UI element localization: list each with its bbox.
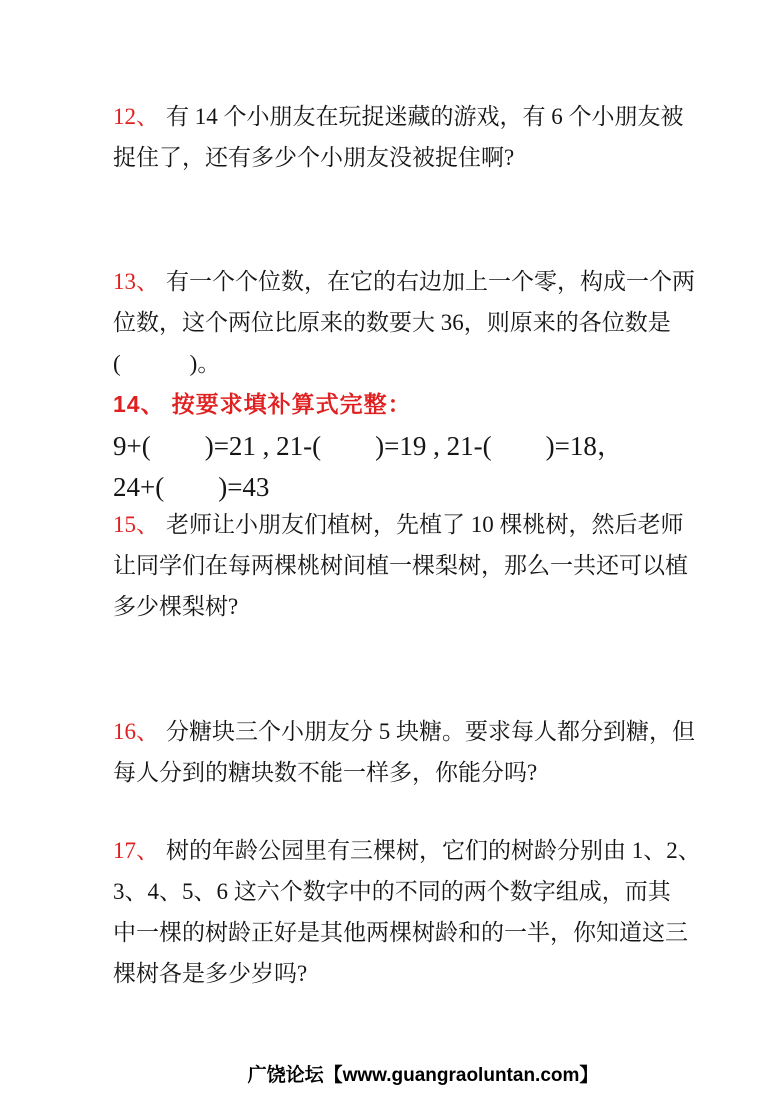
problem-line: 位数，这个两位比原来的数要大 36，则原来的各位数是 (113, 302, 760, 343)
problem-line: 3、4、5、6 这六个数字中的不同的两个数字组成，而其 (113, 871, 760, 912)
problem-line: 让同学们在每两棵桃树间植一棵梨树，那么一共还可以植 (113, 545, 760, 586)
problem-number: 14、 (113, 391, 165, 417)
problem-15: 15、老师让小朋友们植树，先植了 10 棵桃树，然后老师 让同学们在每两棵桃树间… (113, 504, 760, 627)
problem-number: 15、 (113, 512, 159, 537)
problem-number: 17、 (113, 838, 159, 863)
problem-line: 多少棵梨树? (113, 586, 760, 627)
problem-line: 12、有 14 个小朋友在玩捉迷藏的游戏，有 6 个小朋友被 (113, 96, 760, 137)
problem-number: 16、 (113, 719, 159, 744)
problem-13: 13、有一个个位数，在它的右边加上一个零，构成一个两 位数，这个两位比原来的数要… (113, 261, 760, 384)
problem-line: 17、树的年龄公园里有三棵树，它们的树龄分别由 1、2、 (113, 830, 760, 871)
equation-line: 24+( )=43 (113, 467, 760, 508)
problem-16: 16、分糖块三个小朋友分 5 块糖。要求每人都分到糖，但 每人分到的糖块数不能一… (113, 711, 760, 793)
problem-heading-text: 按要求填补算式完整： (172, 391, 412, 417)
problem-14-equations: 9+( )=21 , 21-( )=19 , 21-( )=18， 24+( )… (113, 426, 760, 508)
problem-number: 12、 (113, 104, 159, 129)
problem-14-heading: 14、按要求填补算式完整： (113, 384, 760, 425)
problem-line: 捉住了，还有多少个小朋友没被捉住啊? (113, 137, 760, 178)
problem-text: 老师让小朋友们植树，先植了 10 棵桃树，然后老师 (166, 512, 684, 537)
problem-12: 12、有 14 个小朋友在玩捉迷藏的游戏，有 6 个小朋友被 捉住了，还有多少个… (113, 96, 760, 178)
problem-text: 树的年龄公园里有三棵树，它们的树龄分别由 1、2、 (166, 838, 701, 863)
problem-number: 13、 (113, 269, 159, 294)
problem-17: 17、树的年龄公园里有三棵树，它们的树龄分别由 1、2、 3、4、5、6 这六个… (113, 830, 760, 994)
problem-line: 14、按要求填补算式完整： (113, 384, 760, 425)
footer-credit: 广饶论坛【www.guangraoluntan.com】 (66, 1060, 780, 1087)
problem-line: 15、老师让小朋友们植树，先植了 10 棵桃树，然后老师 (113, 504, 760, 545)
problem-text: 有 14 个小朋友在玩捉迷藏的游戏，有 6 个小朋友被 (166, 104, 684, 129)
problem-line: 棵树各是多少岁吗? (113, 953, 760, 994)
problem-line: 中一棵的树龄正好是其他两棵树龄和的一半，你知道这三 (113, 912, 760, 953)
problem-line: 每人分到的糖块数不能一样多，你能分吗? (113, 752, 760, 793)
answer-blank-line: ( )。 (113, 343, 760, 384)
problem-text: 有一个个位数，在它的右边加上一个零，构成一个两 (166, 269, 695, 294)
problem-line: 16、分糖块三个小朋友分 5 块糖。要求每人都分到糖，但 (113, 711, 760, 752)
problem-line: 13、有一个个位数，在它的右边加上一个零，构成一个两 (113, 261, 760, 302)
problem-text: 分糖块三个小朋友分 5 块糖。要求每人都分到糖，但 (166, 719, 695, 744)
equation-line: 9+( )=21 , 21-( )=19 , 21-( )=18， (113, 426, 760, 467)
